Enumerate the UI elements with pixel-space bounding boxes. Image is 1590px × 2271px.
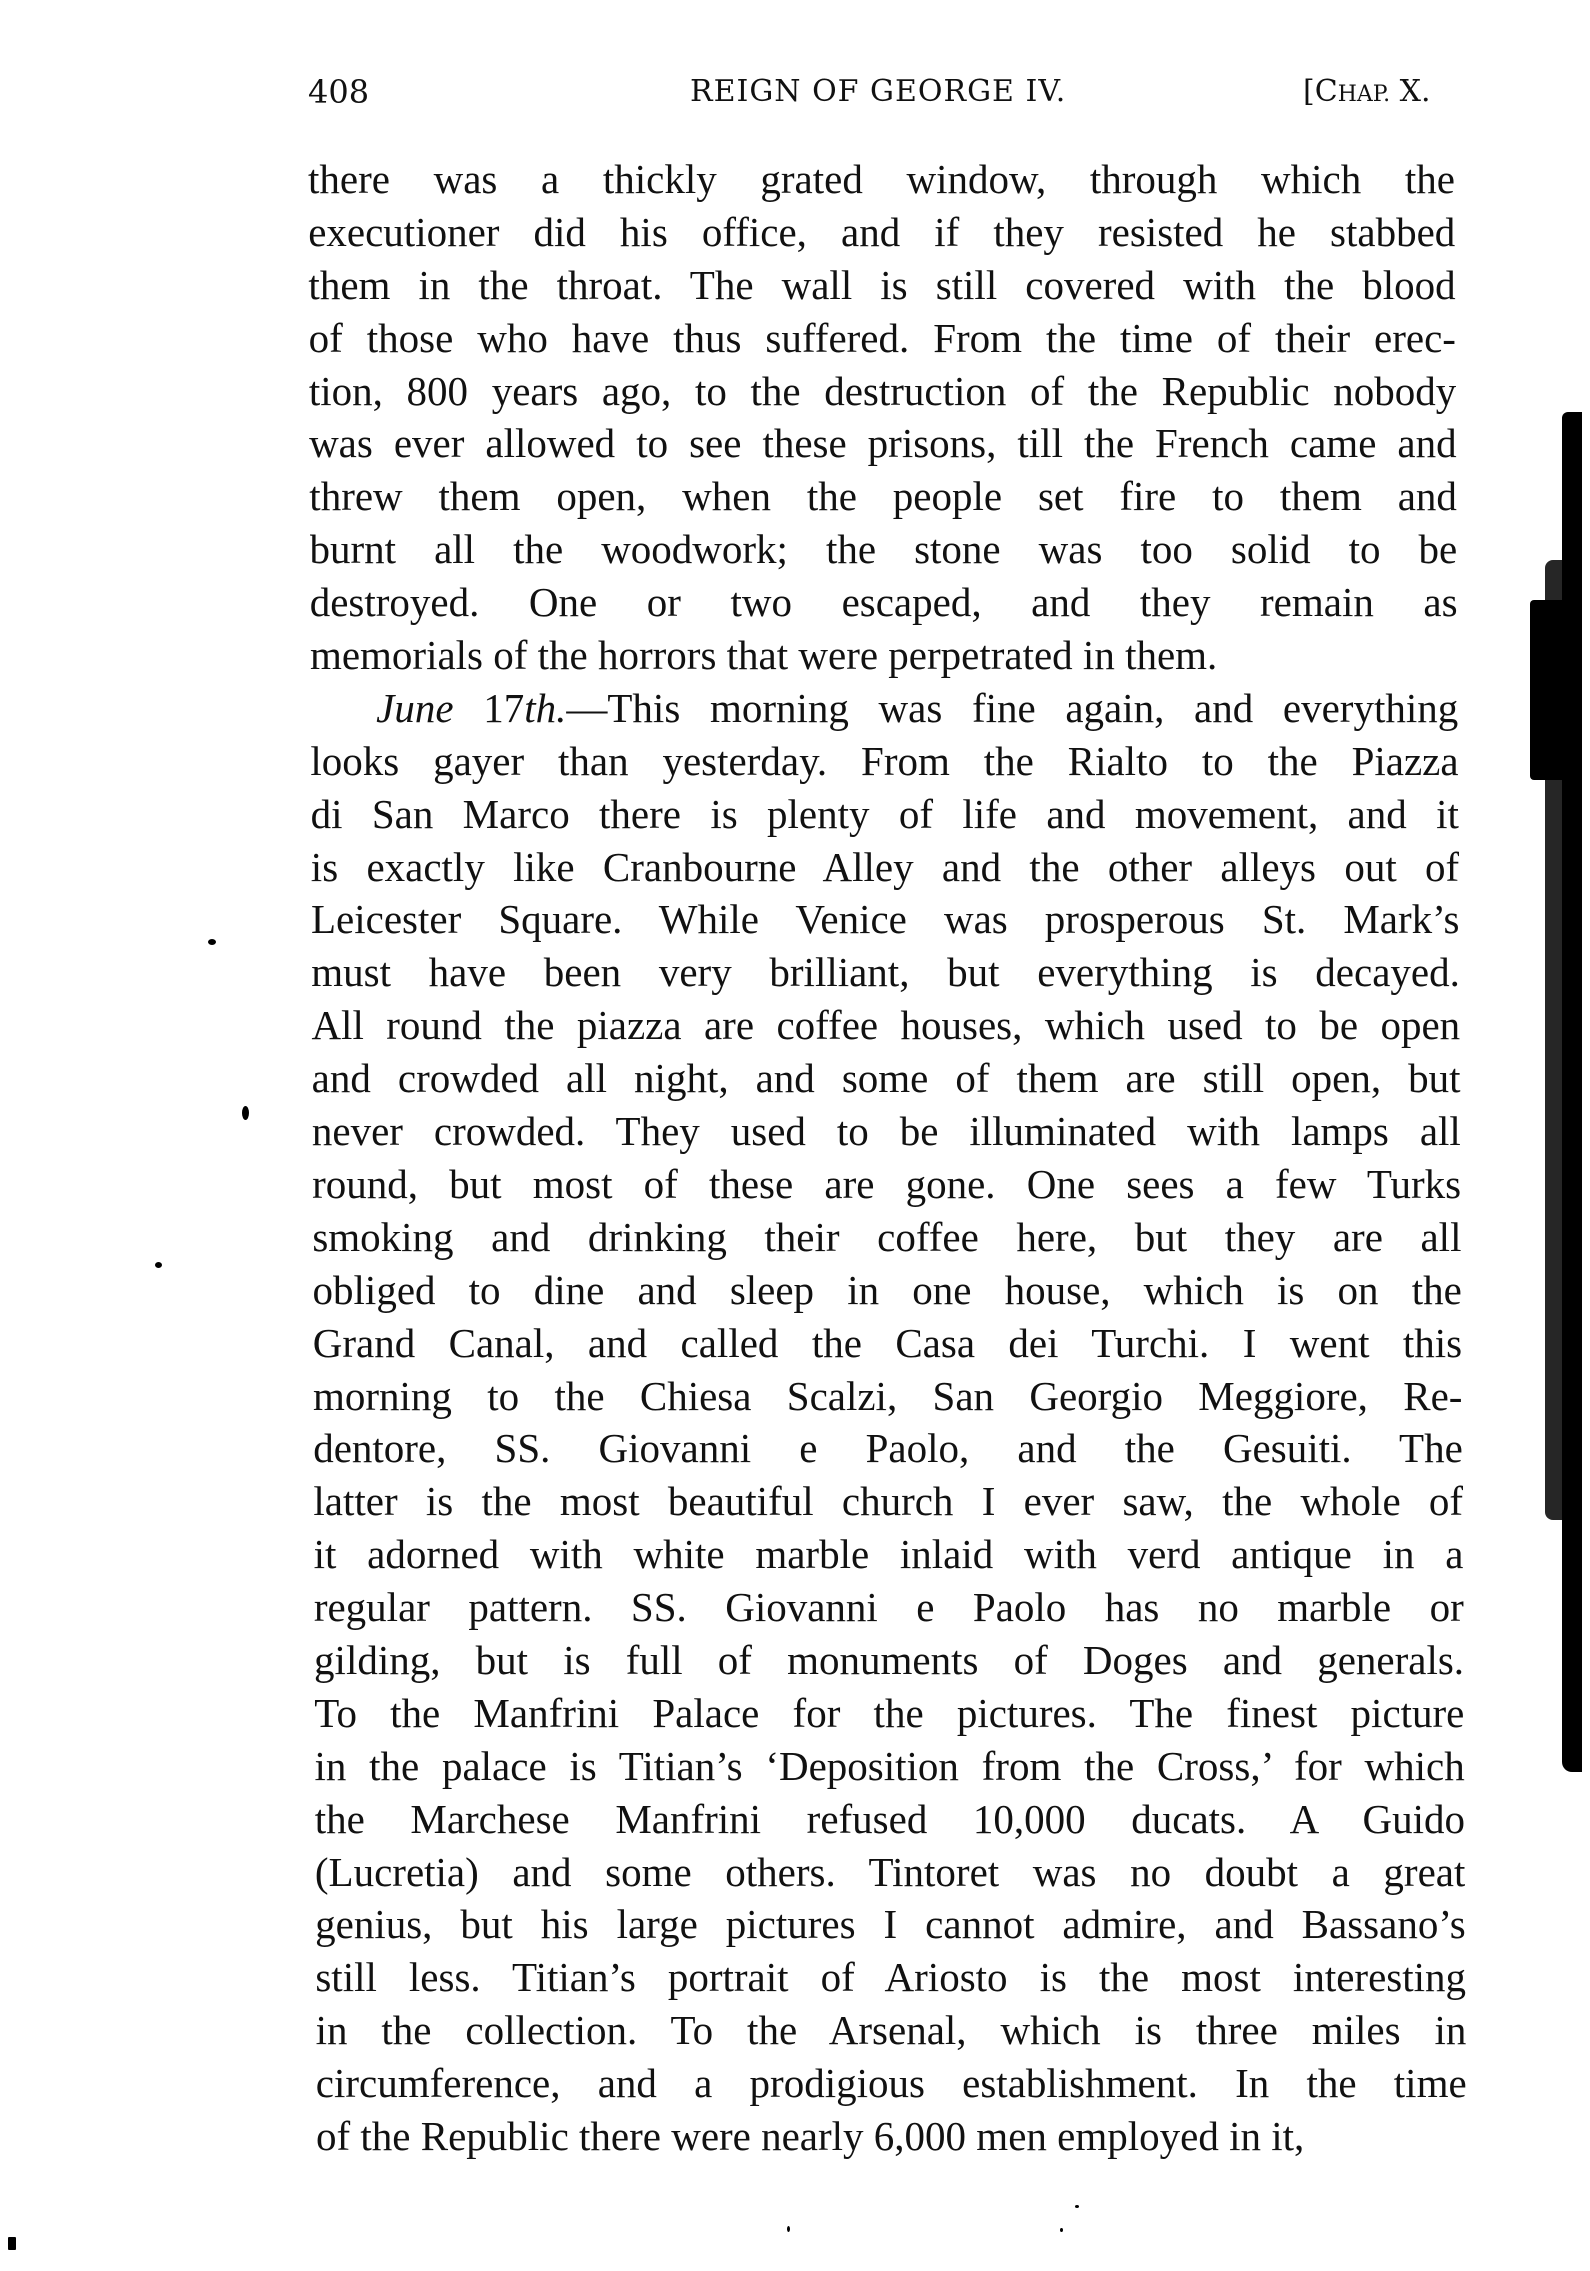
text-line: latter is the most beautiful church I ev… (313, 1475, 1463, 1528)
text-line: destroyed. One or two escaped, and they … (310, 576, 1458, 629)
text-line: To the Manfrini Palace for the pictures.… (314, 1687, 1464, 1740)
text-line: memorials of the horrors that were perpe… (310, 629, 1458, 682)
text-line: smoking and drinking their coffee here, … (312, 1211, 1461, 1264)
scan-speck (1060, 2228, 1063, 2232)
text-line: executioner did his office, and if they … (308, 206, 1455, 259)
text-line: never crowded. They used to be illuminat… (312, 1105, 1461, 1158)
binding-shadow-mid (1545, 560, 1580, 1520)
dateline-month: June (376, 685, 453, 731)
chapter-smallcaps: HAP. (1338, 82, 1390, 107)
text-line: dentore, SS. Giovanni e Paolo, and the G… (313, 1422, 1463, 1475)
text-line: it adorned with white marble inlaid with… (314, 1528, 1464, 1581)
text-line: di San Marco there is plenty of life and… (311, 788, 1459, 841)
text-line: in the palace is Titian’s ‘Deposition fr… (314, 1740, 1464, 1793)
text-line: the Marchese Manfrini refused 10,000 duc… (315, 1793, 1465, 1846)
chapter-initial: C (1315, 74, 1338, 109)
text-line: must have been very brilliant, but every… (311, 946, 1460, 999)
text-line: Leicester Square. While Venice was prosp… (311, 893, 1460, 946)
text-line: genius, but his large pictures I cannot … (315, 1898, 1466, 1951)
text-line: regular pattern. SS. Giovanni e Paolo ha… (314, 1581, 1464, 1634)
text-line: there was a thickly grated window, throu… (308, 153, 1455, 206)
scan-speck (8, 2237, 16, 2250)
text-line: (Lucretia) and some others. Tintoret was… (315, 1846, 1465, 1899)
text-line: looks gayer than yesterday. From the Ria… (310, 735, 1458, 788)
scan-speck (208, 939, 216, 945)
text-line: morning to the Chiesa Scalzi, San Georgi… (313, 1370, 1462, 1423)
text-line: round, but most of these are gone. One s… (312, 1158, 1461, 1211)
chapter-marker: [CHAP. X. (1303, 72, 1431, 112)
text-line: of the Republic there were nearly 6,000 … (316, 2110, 1467, 2163)
dateline-suffix: th. (524, 685, 566, 731)
text-line: burnt all the woodwork; the stone was to… (310, 523, 1458, 576)
text-line: circumference, and a prodigious establis… (316, 2057, 1467, 2110)
dateline-day: 17 (483, 685, 524, 731)
text-line: of those who have thus suffered. From th… (309, 312, 1456, 365)
text-line: Grand Canal, and called the Casa dei Tur… (313, 1317, 1462, 1370)
text-line: and crowded all night, and some of them … (312, 1052, 1461, 1105)
chapter-number: X. (1390, 74, 1430, 109)
text-line: in the collection. To the Arsenal, which… (316, 2004, 1467, 2057)
text-line: gilding, but is full of monuments of Dog… (314, 1634, 1464, 1687)
text-line: is exactly like Cranbourne Alley and the… (311, 841, 1459, 894)
text-line: obliged to dine and sleep in one house, … (313, 1264, 1462, 1317)
scan-speck (1075, 2205, 1079, 2208)
scan-speck (242, 1106, 249, 1120)
page-number: 408 (308, 72, 369, 112)
text-line: tion, 800 years ago, to the destruction … (309, 365, 1456, 418)
scan-speck (787, 2226, 790, 2232)
running-title: REIGN OF GEORGE IV. (690, 72, 1066, 112)
scan-speck (155, 1262, 162, 1268)
book-page: 408 REIGN OF GEORGE IV. [CHAP. X. there … (0, 0, 1590, 2271)
text-line: June 17th.—This morning was fine again, … (376, 682, 1458, 735)
text-line: threw them open, when the people set fir… (309, 470, 1457, 523)
text-line: still less. Titian’s portrait of Ariosto… (315, 1951, 1466, 2004)
text-line: them in the throat. The wall is still co… (308, 259, 1455, 312)
line-text: —This morning was fine again, and everyt… (566, 685, 1458, 731)
chapter-bracket: [ (1303, 74, 1315, 109)
text-line: All round the piazza are coffee houses, … (311, 999, 1460, 1052)
text-line: was ever allowed to see these prisons, t… (309, 417, 1457, 470)
